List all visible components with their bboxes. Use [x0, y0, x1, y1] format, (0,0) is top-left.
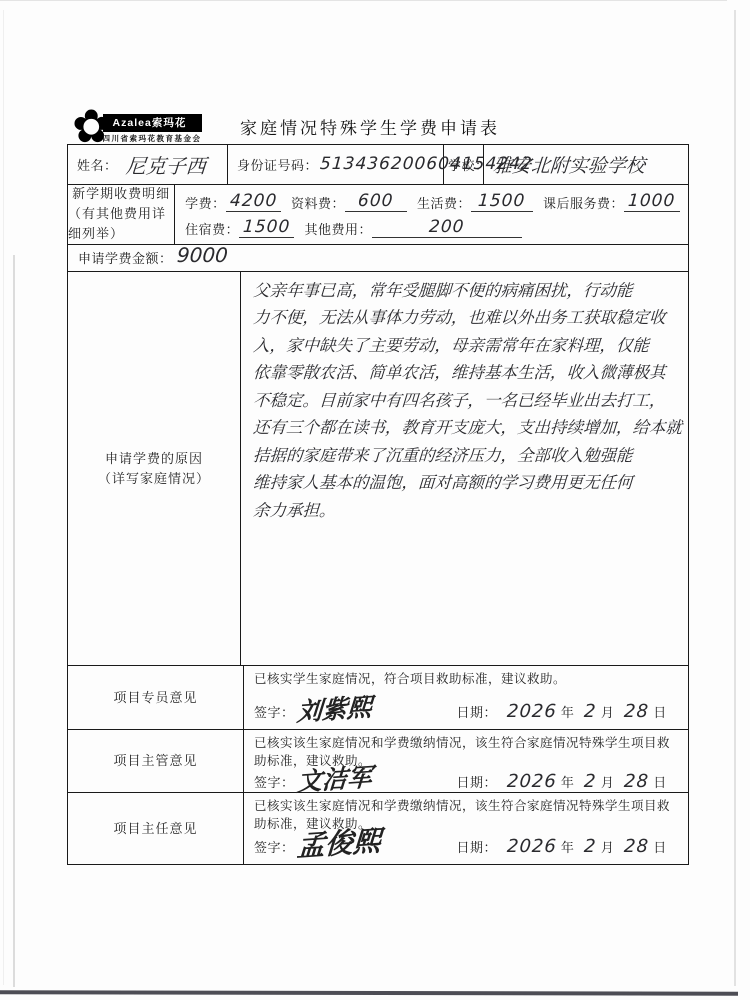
director-date: 日期： 2026 年 2 月 28 日 — [457, 836, 673, 857]
fee-section-label-line1: 新学期收费明细 — [72, 184, 170, 204]
month-unit: 月 — [601, 837, 615, 856]
director-signature-handwritten: 孟俊熙 — [296, 831, 381, 857]
supervisor-opinion-text: 已核实该生家庭情况和学费缴纳情况，该生符合家庭情况特殊学生项目救助标准，建议救助… — [254, 734, 676, 770]
name-value-handwritten: 尼克子西 — [125, 150, 207, 179]
supervisor-signature-handwritten: 文洁军 — [296, 768, 372, 793]
tuition-value-handwritten: 4200 — [229, 191, 278, 211]
other-fee-label: 其他费用： — [304, 219, 372, 238]
day-unit: 日 — [653, 772, 667, 791]
day-unit: 日 — [653, 702, 667, 721]
reason-line: 入，家中缺失了主要劳动，母亲需常年在家料理，仅能 — [252, 332, 682, 360]
supervisor-sign-row: 签字： 文洁军 日期： 2026 年 2 月 28 日 — [254, 770, 676, 793]
row-identity: 姓名： 尼克子西 身份证号码： 513436200604154242 学校： 雅… — [68, 145, 688, 185]
scan-fold-line — [13, 255, 15, 987]
director-opinion-label: 项目主任意见 — [68, 793, 244, 864]
supervisor-opinion-cell: 已核实该生家庭情况和学费缴纳情况，该生符合家庭情况特殊学生项目救助标准，建议救助… — [244, 730, 688, 792]
logo-org-text: 四川省索玛花教育基金会 — [103, 133, 202, 144]
scan-edge-right — [734, 10, 736, 986]
id-label: 身份证号码： — [237, 155, 318, 174]
reason-line: 余力承担。 — [252, 497, 682, 525]
reason-text-handwritten: 父亲年事已高，常年受腿脚不便的病痛困扰，行动能 力不便，无法从事体力劳动，也难以… — [241, 272, 688, 666]
afterschool-label: 课后服务费： — [543, 193, 624, 212]
specialist-day-handwritten: 28 — [624, 701, 650, 722]
specialist-signature-handwritten: 刘紫熙 — [296, 698, 372, 723]
row-reason: 申请学费的原因 （详写家庭情况） 父亲年事已高，常年受腿脚不便的病痛困扰，行动能… — [68, 272, 688, 667]
specialist-month-handwritten: 2 — [584, 701, 598, 722]
director-date-label: 日期： — [457, 837, 498, 856]
director-sign-label: 签字： — [254, 837, 295, 856]
supervisor-sign-label: 签字： — [254, 772, 295, 791]
other-fee-value-handwritten: 200 — [429, 217, 466, 237]
reason-label-cell: 申请学费的原因 （详写家庭情况） — [68, 272, 241, 666]
boarding-value-handwritten: 1500 — [242, 217, 291, 237]
amount-cell: 申请学费金额： 9000 — [68, 245, 688, 271]
name-cell: 姓名： 尼克子西 — [68, 145, 228, 184]
supervisor-day-handwritten: 28 — [624, 771, 650, 792]
school-value-handwritten: 雅安北附实验学校 — [492, 151, 646, 178]
year-unit: 年 — [561, 772, 575, 791]
amount-value-handwritten: 9000 — [176, 243, 229, 267]
living-value-handwritten: 1500 — [478, 191, 527, 211]
specialist-opinion-cell: 已核实学生家庭情况，符合项目救助标准，建议救助。 签字： 刘紫熙 日期： 202… — [244, 666, 688, 729]
fee-line-2: 住宿费：1500 其他费用：200 — [185, 217, 680, 238]
boarding-label: 住宿费： — [185, 219, 239, 238]
director-month-handwritten: 2 — [584, 836, 598, 857]
month-unit: 月 — [601, 772, 615, 791]
row-amount: 申请学费金额： 9000 — [68, 245, 688, 272]
reason-line: 还有三个都在读书，教育开支庞大，支出持续增加，给本就 — [252, 414, 682, 442]
specialist-date-label: 日期： — [457, 702, 498, 721]
scan-edge-bottom — [0, 990, 738, 996]
reason-label-line2: （详写家庭情况） — [98, 469, 210, 489]
school-label: 学校： — [448, 155, 489, 174]
supervisor-month-handwritten: 2 — [584, 771, 598, 792]
materials-value-handwritten: 600 — [358, 191, 395, 211]
year-unit: 年 — [561, 837, 575, 856]
row-fee-details: 新学期收费明细 （有其他费用详细列举） 学费：4200 资料费：600 生活费：… — [68, 185, 688, 245]
specialist-opinion-text: 已核实学生家庭情况，符合项目救助标准，建议救助。 — [254, 670, 676, 688]
fee-section-label: 新学期收费明细 （有其他费用详细列举） — [68, 185, 175, 244]
day-unit: 日 — [653, 837, 667, 856]
application-form-table: 姓名： 尼克子西 身份证号码： 513436200604154242 学校： 雅… — [67, 144, 689, 865]
reason-line: 不稳定。目前家中有四名孩子，一名已经毕业出去打工， — [252, 387, 682, 415]
supervisor-date-label: 日期： — [457, 772, 498, 791]
reason-label-line1: 申请学费的原因 — [105, 449, 203, 469]
scan-edge-top — [0, 0, 727, 1]
fee-values-cell: 学费：4200 资料费：600 生活费：1500 课后服务费：1000 住宿费：… — [175, 185, 688, 244]
foundation-logo: ✿ Azalea索玛花 四川省索玛花教育基金会 — [72, 103, 202, 149]
director-day-handwritten: 28 — [624, 836, 650, 857]
scan-edge-left — [3, 10, 4, 985]
specialist-date: 日期： 2026 年 2 月 28 日 — [457, 701, 673, 722]
specialist-sign-label: 签字： — [254, 702, 295, 721]
fee-section-label-line2: （有其他费用详细列举） — [68, 204, 174, 244]
month-unit: 月 — [601, 702, 615, 721]
reason-line: 力不便，无法从事体力劳动，也难以外出务工获取稳定收 — [252, 304, 682, 332]
supervisor-opinion-label: 项目主管意见 — [68, 730, 244, 792]
fee-line-1: 学费：4200 资料费：600 生活费：1500 课后服务费：1000 — [185, 191, 680, 212]
supervisor-date: 日期： 2026 年 2 月 28 日 — [457, 771, 673, 792]
amount-label: 申请学费金额： — [78, 248, 173, 267]
director-year-handwritten: 2026 — [506, 836, 557, 857]
living-label: 生活费： — [417, 193, 471, 212]
row-director-opinion: 项目主任意见 已核实该生家庭情况和学费缴纳情况，该生符合家庭情况特殊学生项目救助… — [68, 793, 688, 864]
specialist-opinion-label: 项目专员意见 — [68, 666, 244, 729]
director-opinion-cell: 已核实该生家庭情况和学费缴纳情况，该生符合家庭情况特殊学生项目救助标准，建议救助… — [244, 793, 688, 864]
year-unit: 年 — [561, 702, 575, 721]
id-cell: 身份证号码： 513436200604154242 — [228, 145, 444, 184]
tuition-label: 学费： — [185, 193, 226, 212]
school-label-cell: 学校： — [444, 145, 484, 184]
page-title: 家庭情况特殊学生学费申请表 — [240, 114, 500, 139]
reason-line: 依靠零散农活、简单农活，维持基本生活，收入微薄极其 — [252, 359, 682, 387]
logo-brand-banner: Azalea索玛花 — [103, 114, 202, 132]
reason-line: 父亲年事已高，常年受腿脚不便的病痛困扰，行动能 — [252, 277, 682, 305]
row-supervisor-opinion: 项目主管意见 已核实该生家庭情况和学费缴纳情况，该生符合家庭情况特殊学生项目救助… — [68, 730, 688, 793]
row-specialist-opinion: 项目专员意见 已核实学生家庭情况，符合项目救助标准，建议救助。 签字： 刘紫熙 … — [68, 666, 688, 730]
reason-line: 拮据的家庭带来了沉重的经济压力，全部收入勉强能 — [252, 442, 682, 470]
name-label: 姓名： — [77, 155, 118, 174]
supervisor-year-handwritten: 2026 — [506, 771, 557, 792]
materials-label: 资料费： — [291, 193, 345, 212]
school-cell: 雅安北附实验学校 — [484, 145, 688, 184]
director-sign-row: 签字： 孟俊熙 日期： 2026 年 2 月 28 日 — [254, 834, 676, 858]
specialist-year-handwritten: 2026 — [506, 701, 557, 722]
specialist-sign-row: 签字： 刘紫熙 日期： 2026 年 2 月 28 日 — [254, 700, 676, 723]
reason-line: 维持家人基本的温饱，面对高额的学习费用更无任何 — [252, 469, 682, 497]
afterschool-value-handwritten: 1000 — [628, 191, 677, 211]
